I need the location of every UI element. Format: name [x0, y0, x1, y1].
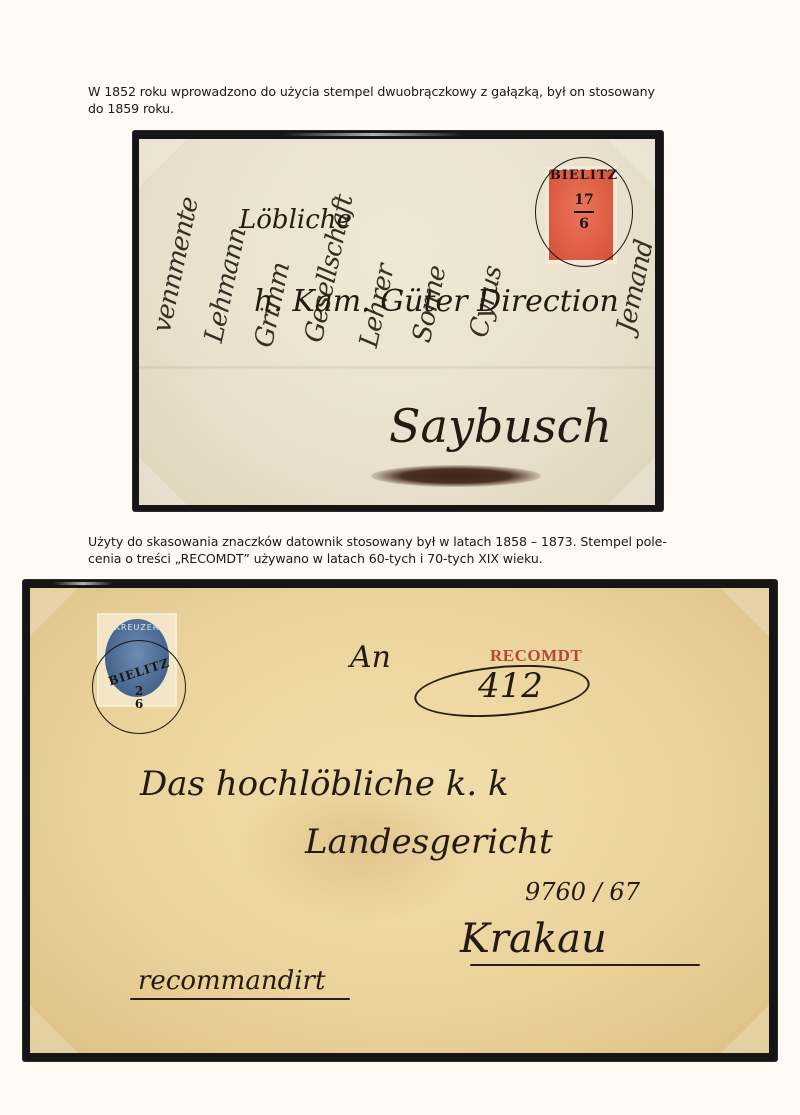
stamp-inscription: KREUZER [105, 623, 169, 632]
wax-seal-smudge [371, 465, 541, 487]
postmark-month: 6 [536, 216, 632, 232]
caption-1852-postmark: W 1852 roku wprowadzono do użycia stempe… [88, 83, 718, 117]
cover-2-registered-envelope: KREUZER BIELITZ 2 6 An RECOMDT 412 Das h… [30, 588, 769, 1053]
mount-corner [139, 457, 187, 505]
postmark-single-ring: BIELITZ 2 6 [92, 640, 186, 734]
address-line: Landesgericht [305, 822, 553, 862]
caption-line: W 1852 roku wprowadzono do użycia stempe… [88, 83, 718, 100]
mount-corner [607, 457, 655, 505]
recommandirt-note: recommandirt [138, 966, 325, 996]
mount-corner [721, 1005, 769, 1053]
mount-frame-cover-1: vennmente Lehmann Grimm Gesellschaft Leh… [133, 131, 663, 511]
registration-number: 412 [478, 666, 543, 706]
address-destination: Saybusch [389, 399, 612, 453]
mount-frame-cover-2: KREUZER BIELITZ 2 6 An RECOMDT 412 Das h… [23, 580, 777, 1061]
cover-1-folded-letter: vennmente Lehmann Grimm Gesellschaft Leh… [139, 139, 655, 505]
destination-underline [470, 964, 700, 966]
postmark-day: 17 [536, 192, 632, 208]
mount-corner [30, 588, 78, 636]
caption-line: cenia o treści „RECOMDT” używano w latac… [88, 550, 718, 567]
mount-corner [139, 139, 187, 187]
address-line: h. Kam. Güter Direction [254, 284, 619, 319]
address-line: Das hochlöbliche k. k [140, 764, 509, 804]
caption-line: do 1859 roku. [88, 100, 718, 117]
caption-line: Użyty do skasowania znaczków datownik st… [88, 533, 718, 550]
postmark-double-ring: BIELITZ 17 6 [535, 157, 633, 267]
file-reference: 9760 / 67 [525, 878, 640, 906]
postmark-date: 2 6 [93, 685, 185, 711]
address-destination: Krakau [460, 916, 607, 962]
postmark-town: BIELITZ [536, 168, 632, 183]
crosswriting: vennmente [147, 195, 205, 335]
address-line: Löbliche [239, 205, 352, 235]
mount-corner [721, 588, 769, 636]
registration-prefix: An [350, 640, 391, 675]
mount-corner [30, 1005, 78, 1053]
caption-recomdt: Użyty do skasowania znaczków datownik st… [88, 533, 718, 567]
note-underline [130, 998, 350, 1000]
recomdt-handstamp: RECOMDT [490, 646, 582, 666]
frame-glare [53, 582, 113, 585]
crosswriting: Lehmann [199, 225, 252, 345]
frame-glare [283, 133, 463, 136]
postmark-month: 6 [93, 698, 185, 711]
